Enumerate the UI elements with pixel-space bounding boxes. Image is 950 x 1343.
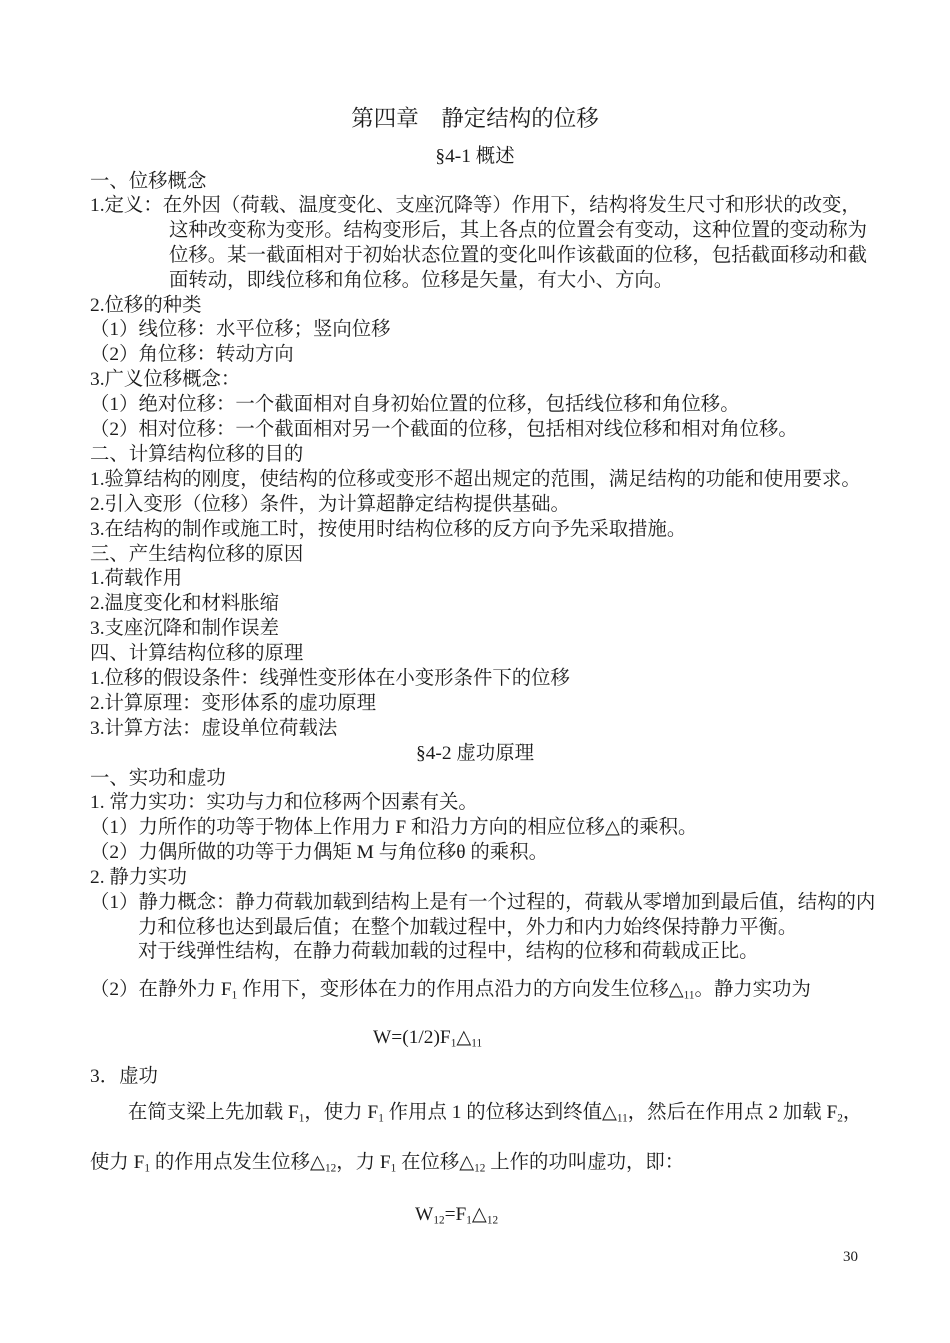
subsection-heading: 二、计算结构位移的目的 — [90, 442, 303, 467]
list-item: （2）力偶所做的功等于力偶矩 M 与角位移θ 的乘积。 — [90, 840, 548, 865]
subsection-heading: 三、产生结构位移的原因 — [90, 542, 303, 567]
definition-line: 这种改变称为变形。结构变形后，其上各点的位置会有变动，这种位置的变动称为 — [169, 218, 867, 243]
subscript: 12 — [433, 1214, 444, 1226]
list-item: 2.计算原理：变形体系的虚功原理 — [90, 691, 376, 716]
paragraph-line: 对于线弹性结构，在静力荷载加载的过程中，结构的位移和荷载成正比。 — [138, 939, 759, 964]
section-heading-4-1: §4-1 概述 — [0, 144, 950, 169]
delta-symbol: △ — [456, 1027, 471, 1048]
subsection-heading: 一、位移概念 — [90, 169, 206, 194]
list-item: 1.位移的假设条件：线弹性变形体在小变形条件下的位移 — [90, 666, 570, 691]
text-segment: ， — [843, 1102, 862, 1123]
formula-virtual-work: W12=F1△12 — [415, 1202, 498, 1227]
list-item: 1.验算结构的刚度，使结构的位移或变形不超出规定的范围，满足结构的功能和使用要求… — [90, 467, 861, 492]
paragraph-line: 使力 F1 的作用点发生位移△12，力 F1 在位移△12 上作的功叫虚功，即： — [90, 1150, 684, 1175]
text-segment: 。静力实功为 — [695, 979, 811, 1000]
delta-symbol: △ — [472, 1204, 487, 1225]
list-heading: 1. 常力实功：实功与力和位移两个因素有关。 — [90, 790, 478, 815]
text-segment: 上作的功叫虚功，即： — [485, 1152, 684, 1173]
formula-segment: =F — [445, 1204, 467, 1225]
list-item: 3.在结构的制作或施工时，按使用时结构位移的反方向予先采取措施。 — [90, 517, 686, 542]
list-item: 3.支座沉降和制作误差 — [90, 616, 279, 641]
list-item: 3.计算方法：虚设单位荷载法 — [90, 716, 337, 741]
list-item: （1）力所作的功等于物体上作用力 F 和沿力方向的相应位移△的乘积。 — [90, 815, 697, 840]
page-number: 30 — [843, 1248, 858, 1266]
text-segment: ，力 F — [336, 1152, 390, 1173]
paragraph-line: 在简支梁上先加载 F1，使力 F1 作用点 1 的位移达到终值△11，然后在作用… — [128, 1100, 862, 1125]
text-segment: ，使力 F — [304, 1102, 378, 1123]
subsection-heading: 一、实功和虚功 — [90, 766, 226, 791]
subscript: 11 — [684, 989, 695, 1001]
list-item: （2）角位移：转动方向 — [90, 342, 294, 367]
list-heading: 3．虚功 — [90, 1064, 158, 1089]
text-segment: 在简支梁上先加载 F — [128, 1102, 299, 1123]
text-segment: ，然后在作用点 2 加载 F — [628, 1102, 838, 1123]
subscript: 12 — [325, 1162, 336, 1174]
definition-line: 位移。某一截面相对于初始状态位置的变化叫作该截面的位移，包括截面移动和截 — [169, 243, 867, 268]
text-segment: 在位移△ — [396, 1152, 474, 1173]
list-item: （2）在静外力 F1 作用下，变形体在力的作用点沿力的方向发生位移△11。静力实… — [90, 977, 811, 1002]
formula-segment: W — [415, 1204, 433, 1225]
subscript: 12 — [487, 1214, 498, 1226]
subscript: 11 — [471, 1037, 482, 1049]
formula-segment: W=(1/2)F — [373, 1027, 451, 1048]
list-item: （1）静力概念：静力荷载加载到结构上是有一个过程的，荷载从零增加到最后值，结构的… — [90, 890, 875, 915]
definition-line: 1.定义：在外因（荷载、温度变化、支座沉降等）作用下，结构将发生尺寸和形状的改变… — [90, 193, 861, 218]
subscript: 11 — [617, 1112, 628, 1124]
paragraph-line: 力和位移也达到最后值；在整个加载过程中，外力和内力始终保持静力平衡。 — [138, 915, 797, 940]
chapter-title: 第四章 静定结构的位移 — [0, 104, 950, 134]
subscript: 12 — [474, 1162, 485, 1174]
text-segment: 使力 F — [90, 1152, 144, 1173]
list-item: 1.荷载作用 — [90, 566, 182, 591]
text-segment: 的作用点发生位移△ — [150, 1152, 325, 1173]
list-item: （1）绝对位移：一个截面相对自身初始位置的位移，包括线位移和角位移。 — [90, 392, 740, 417]
list-heading: 3.广义位移概念： — [90, 367, 240, 392]
list-item: （2）相对位移：一个截面相对另一个截面的位移，包括相对线位移和相对角位移。 — [90, 417, 798, 442]
list-item: 2.温度变化和材料胀缩 — [90, 591, 279, 616]
text-segment: 作用点 1 的位移达到终值△ — [384, 1102, 617, 1123]
text-segment: （2）在静外力 F — [90, 979, 232, 1000]
formula-static-work: W=(1/2)F1△11 — [373, 1025, 482, 1050]
section-heading-4-2: §4-2 虚功原理 — [0, 741, 950, 766]
list-item: （1）线位移：水平位移；竖向位移 — [90, 317, 391, 342]
definition-line: 面转动，即线位移和角位移。位移是矢量，有大小、方向。 — [169, 268, 673, 293]
list-heading: 2. 静力实功 — [90, 865, 187, 890]
text-segment: 作用下，变形体在力的作用点沿力的方向发生位移△ — [237, 979, 683, 1000]
list-heading: 2.位移的种类 — [90, 293, 202, 318]
subsection-heading: 四、计算结构位移的原理 — [90, 641, 303, 666]
list-item: 2.引入变形（位移）条件，为计算超静定结构提供基础。 — [90, 492, 570, 517]
